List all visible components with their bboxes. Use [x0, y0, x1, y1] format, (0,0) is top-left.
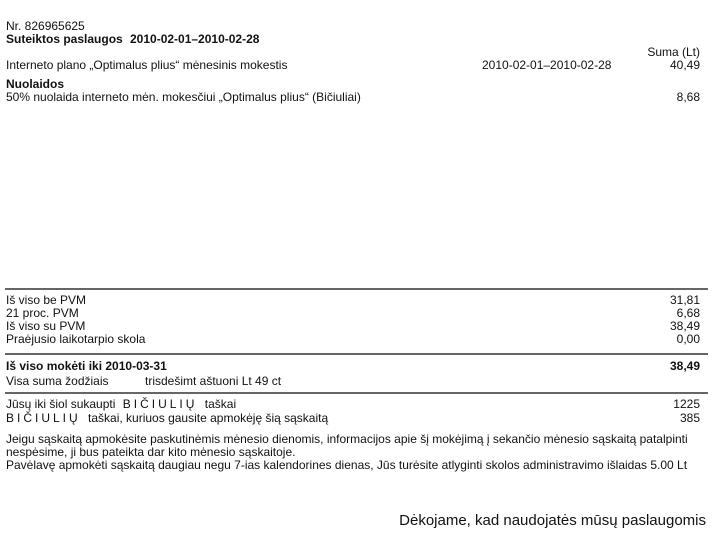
points-accumulated-suffix: taškai	[205, 397, 236, 411]
amount-in-words-label: Visa suma žodžiais	[6, 375, 109, 388]
amount-due-value: 38,49	[670, 360, 700, 373]
total-value: 0,00	[677, 333, 700, 346]
amount-in-words-value: trisdešimt aštuoni Lt 49 ct	[145, 375, 281, 388]
points-brand: BIČIULIŲ	[6, 411, 81, 425]
points-accumulated-value: 1225	[673, 398, 700, 411]
total-label: Praėjusio laikotarpio skola	[6, 333, 145, 346]
divider	[5, 392, 708, 394]
points-earn: BIČIULIŲ taškai, kuriuos gausite apmokėj…	[6, 412, 328, 425]
discount-description: 50% nuolaida interneto mėn. mokesčiui „O…	[6, 91, 361, 104]
discount-amount: 8,68	[677, 91, 700, 104]
points-earn-suffix: taškai, kuriuos gausite apmokėję šią sąs…	[88, 411, 328, 425]
divider	[5, 288, 708, 290]
points-brand: BIČIULIŲ	[123, 397, 198, 411]
charge-description: Interneto plano „Optimalus plius“ mėnesi…	[6, 59, 287, 72]
charge-period: 2010-02-01–2010-02-28	[482, 59, 611, 72]
charge-amount: 40,49	[670, 59, 700, 72]
amount-due-label: Iš viso mokėti iki 2010-03-31	[6, 360, 167, 373]
points-accumulated: Jūsų iki šiol sukaupti BIČIULIŲ taškai	[6, 398, 236, 411]
points-accumulated-prefix: Jūsų iki šiol sukaupti	[6, 397, 115, 411]
services-label: Suteiktos paslaugos	[6, 33, 123, 46]
services-period: 2010-02-01–2010-02-28	[130, 33, 259, 46]
thank-you-message: Dėkojame, kad naudojatės mūsų paslaugomi…	[399, 512, 706, 529]
note-line: Pavėlavę apmokėti sąskaitą daugiau negu …	[6, 459, 687, 472]
divider	[5, 353, 708, 355]
points-earn-value: 385	[680, 412, 700, 425]
